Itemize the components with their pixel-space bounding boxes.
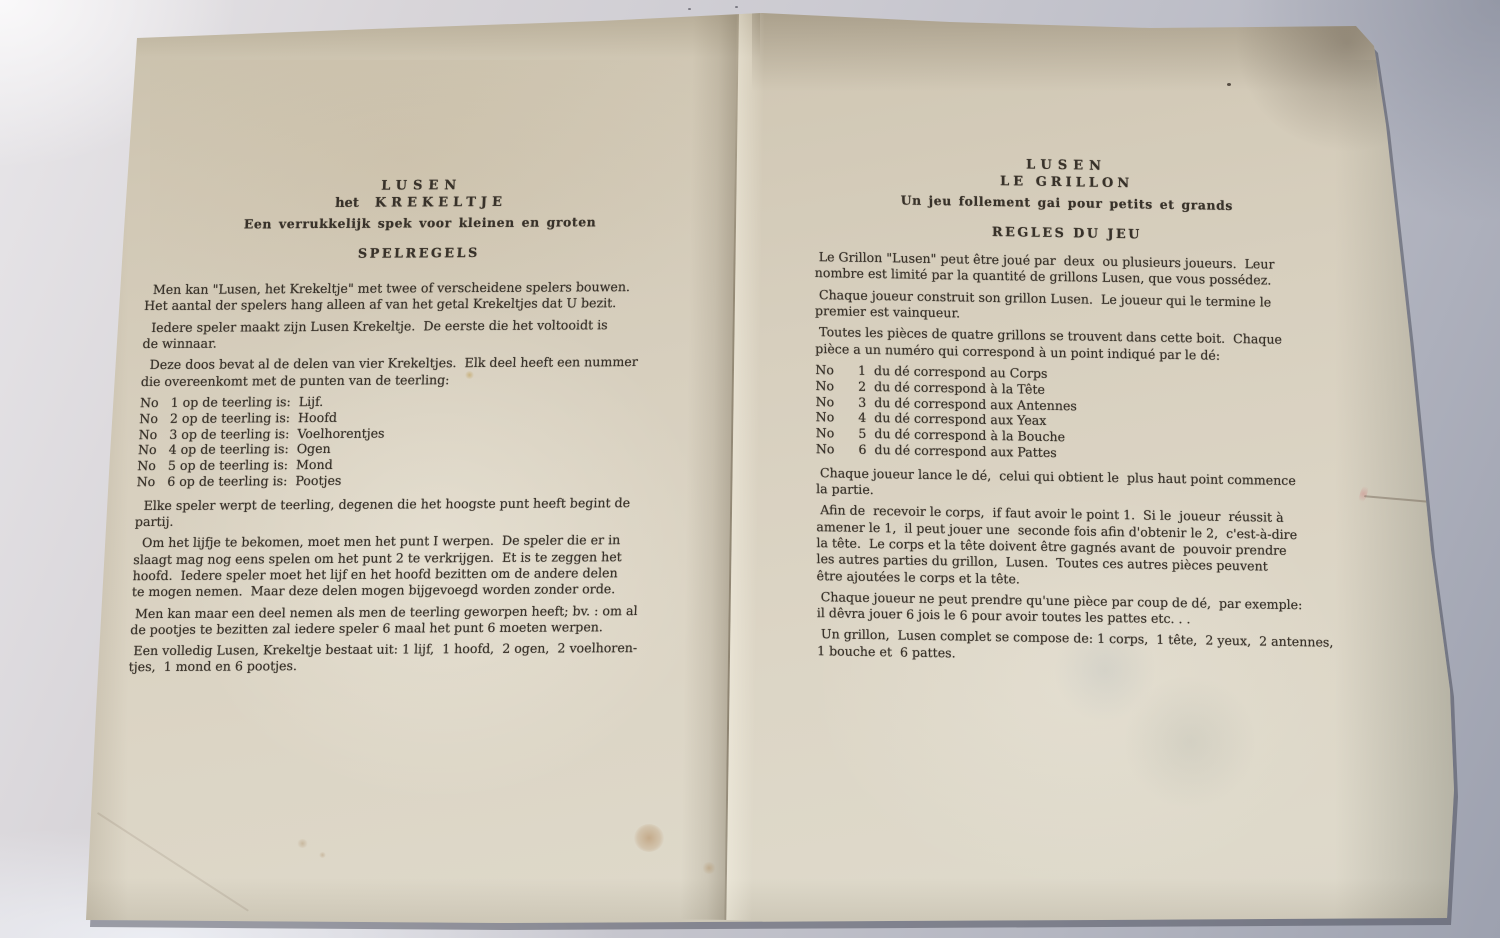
dust-speck [735,6,738,8]
right-page: LUSEN LE GRILLON Un jeu follement gai po… [814,146,1322,673]
dice-mapping-list: No 1 op de teerling is: Lijf. No 2 op de… [136,392,685,490]
left-page-title-prefix: het [335,196,359,211]
paper-shading-bottom-edge [80,878,1460,925]
stain [634,824,664,852]
left-page-subtitle: Een verrukkelijk spek voor kleinen en gr… [147,213,693,233]
right-page-section-heading: REGLES DU JEU [814,222,1319,247]
paragraph: Iedere speler maakt zijn Lusen Krekeltje… [142,316,688,352]
paragraph: Elke speler werpt de teerling, degenen d… [135,495,681,531]
stain [1125,672,1255,812]
paragraph: Un grillon, Lusen complet se compose de:… [817,627,1322,668]
left-page-title-line2: hetKREKELTJE [148,194,694,214]
stain [297,839,308,848]
ink-dot [1227,83,1231,86]
crease-mark [97,812,249,912]
dice-mapping-list: No 1 du dé correspond au Corps No 2 du d… [815,362,1321,465]
paragraph: Toutes les pièces de quatre grillons se … [815,324,1320,365]
paragraph: Chaque joueur ne peut prendre qu'une piè… [817,589,1322,630]
left-page-section-heading: SPELREGELS [146,245,692,265]
crease-mark [1364,495,1430,503]
paragraph: Chaque joueur lance le dé, celui qui obt… [816,465,1321,506]
paragraph: Le Grillon "Lusen" peut être joué par de… [815,249,1320,290]
left-page-title: LUSEN [149,177,695,197]
paragraph: Men kan "Lusen, het Krekeltje" met twee … [144,279,690,315]
left-page-title-main: KREKELTJE [375,195,508,211]
paragraph: Chaque joueur construit son grillon Luse… [815,287,1320,328]
paragraph: Afin de recevoir le corps, if faut avoir… [816,502,1321,592]
dust-speck [688,8,691,10]
document-photo: { "left_page": { "title_line1": "LUSEN",… [0,0,1500,938]
paragraph: Deze doos bevat al de delen van vier Kre… [141,354,687,390]
paragraph: Men kan maar een deel nemen als men de t… [130,602,676,638]
left-page: LUSEN hetKREKELTJE Een verrukkelijk spek… [128,167,695,681]
paragraph: Een volledig Lusen, Krekeltje bestaat ui… [128,640,674,676]
stain [319,852,326,858]
dice-mapping-row: No 6 op de teerling is: Pootjes [136,471,682,490]
fold-crease [724,12,739,920]
paragraph: Om het lijfje te bekomen, moet men het p… [132,532,680,601]
stain [1357,483,1370,504]
